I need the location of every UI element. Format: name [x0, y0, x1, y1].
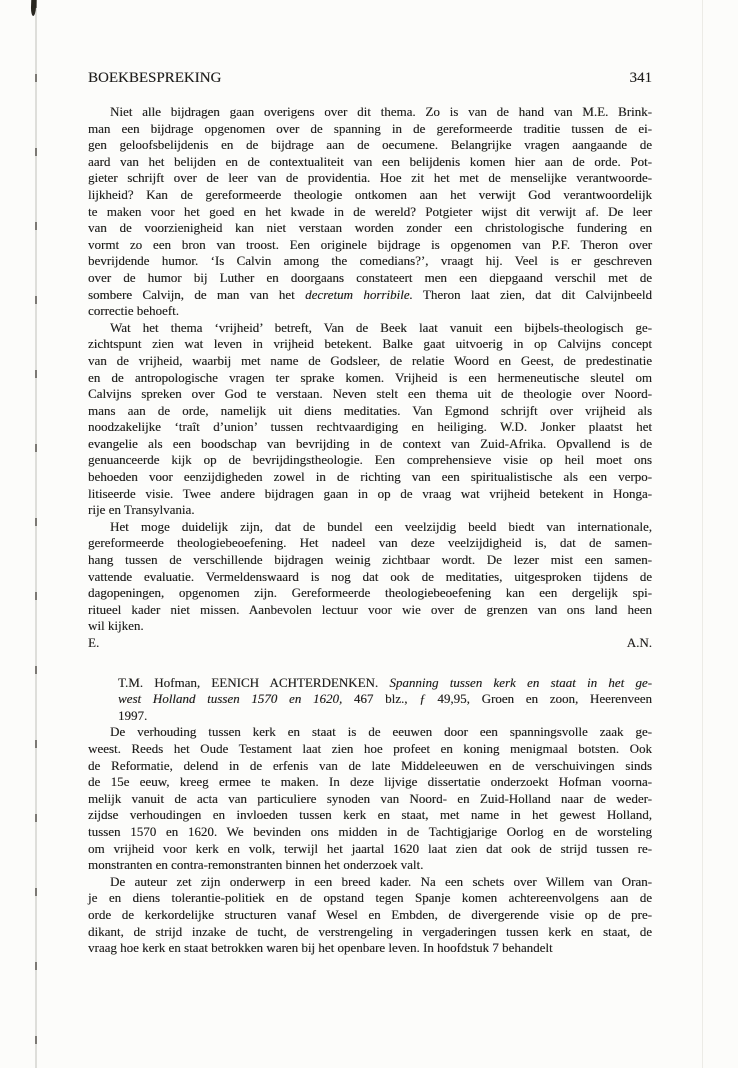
- text-line: gereformeerde theologiebeoefening. Het n…: [88, 535, 652, 552]
- text-line: 1997.: [118, 708, 652, 725]
- text-line: aard van het belijden en de contextualit…: [88, 154, 652, 171]
- text-line: De verhouding tussen kerk en staat is de…: [88, 724, 652, 741]
- text-line: Niet alle bijdragen gaan overigens over …: [88, 104, 652, 121]
- italic-text: west Holland tussen 1570 en 1620,: [118, 691, 342, 706]
- text-line: weest. Reeds het Oude Testament laat zie…: [88, 741, 652, 758]
- text-line: vraag hoe kerk en staat betrokken waren …: [88, 940, 652, 957]
- text-line: correctie behoeft.: [88, 303, 652, 320]
- italic-text: decretum horribile.: [305, 287, 413, 302]
- page-number: 341: [630, 70, 653, 87]
- text-line: over de humor bij Luther en doorgaans co…: [88, 270, 652, 287]
- text-line: tussen 1570 en 1620. We bevinden ons mid…: [88, 824, 652, 841]
- text-line: dikant, de strijd inzake de tucht, de ve…: [88, 924, 652, 941]
- text-line: noodzakelijke ‘traît d’union’ tussen rec…: [88, 419, 652, 436]
- scan-edge-line: [35, 0, 37, 1068]
- text-line: rije en Transylvania.: [88, 502, 652, 519]
- scan-right-edge-line: [702, 0, 703, 1068]
- text-line: de 15e eeuw, kreeg ermee te maken. In de…: [88, 774, 652, 791]
- text-line: lijkheid? Kan de gereformeerde theologie…: [88, 187, 652, 204]
- text-line: genuanceerde kijk op de bevrijdingstheol…: [88, 452, 652, 469]
- page-header: BOEKBESPREKING 341: [88, 70, 652, 87]
- text-line: de Reformatie, delend in de erfenis van …: [88, 758, 652, 775]
- text-line: ritueel kader niet missen. Aanbevolen le…: [88, 602, 652, 619]
- text-line: mans aan de orde, namelijk uit diens med…: [88, 403, 652, 420]
- text-line: T.M. Hofman, EENICH ACHTERDENKEN. Spanni…: [118, 675, 652, 692]
- text-line: dagopeningen, opgenomen zijn. Gereformee…: [88, 585, 652, 602]
- scanned-page: BOEKBESPREKING 341 Niet alle bijdragen g…: [0, 0, 738, 1068]
- text-line: man een bijdrage opgenomen over de spann…: [88, 121, 652, 138]
- text-line: zichtspunt zien wat leven in vrijheid be…: [88, 336, 652, 353]
- text-line: litiseerde visie. Twee andere bijdragen …: [88, 486, 652, 503]
- text-line: Calvijns spreken over God te verstaan. N…: [88, 386, 652, 403]
- text-line: Wat het thema ‘vrijheid’ betreft, Van de…: [88, 320, 652, 337]
- book-review-heading: T.M. Hofman, EENICH ACHTERDENKEN. Spanni…: [118, 675, 652, 725]
- text-line: melijk vanuit de acta van particuliere s…: [88, 791, 652, 808]
- text-line: orde de kerkordelijke structuren vanaf W…: [88, 907, 652, 924]
- text-line: je en diens tolerantie-politiek en de op…: [88, 890, 652, 907]
- paragraph: Niet alle bijdragen gaan overigens over …: [88, 104, 652, 320]
- text-line: van de voorzienigheid kan niet verstaan …: [88, 220, 652, 237]
- running-title: BOEKBESPREKING: [88, 70, 221, 87]
- text-line: evangelie als een boodschap van bevrijdi…: [88, 436, 652, 453]
- text-line: zijdse verhoudingen en invloeden tussen …: [88, 807, 652, 824]
- text-line: vormt zo een bron van troost. Een origin…: [88, 237, 652, 254]
- text-line: van de vrijheid, waarbij met name de God…: [88, 353, 652, 370]
- paragraph: Wat het thema ‘vrijheid’ betreft, Van de…: [88, 320, 652, 519]
- text-line: om vrijheid voor kerk en volk, terwijl h…: [88, 841, 652, 858]
- text-line: monstranten en contra-remonstranten binn…: [88, 857, 652, 874]
- text-line: Het moge duidelijk zijn, dat de bundel e…: [88, 519, 652, 536]
- text-line: bevrijdende humor. ‘Is Calvin among the …: [88, 253, 652, 270]
- page-body: Niet alle bijdragen gaan overigens over …: [88, 104, 652, 957]
- text-line: en de antropologische vragen ter sprake …: [88, 370, 652, 387]
- reviewer-initial-left: E.: [88, 635, 99, 652]
- italic-text: Spanning tussen kerk en staat in het ge-: [389, 675, 652, 690]
- paragraph: De verhouding tussen kerk en staat is de…: [88, 724, 652, 873]
- text-line: west Holland tussen 1570 en 1620, 467 bl…: [118, 691, 652, 708]
- reviewer-signature-row: E.A.N.: [88, 635, 652, 652]
- text-line: hang tussen de verschillende bijdragen w…: [88, 552, 652, 569]
- text-line: vattende evaluatie. Vermeldenswaard is n…: [88, 569, 652, 586]
- text-line: sombere Calvijn, de man van het decretum…: [88, 287, 652, 304]
- text-line: De auteur zet zijn onderwerp in een bree…: [88, 874, 652, 891]
- reviewer-initials-right: A.N.: [627, 635, 652, 652]
- paragraph: Het moge duidelijk zijn, dat de bundel e…: [88, 519, 652, 635]
- text-line: behoeden voor eenzijdigheden zowel in de…: [88, 469, 652, 486]
- italic-text: ƒ: [419, 691, 426, 706]
- text-line: gen geloofsbelijdenis en de bijdrage aan…: [88, 137, 652, 154]
- text-line: gieter schrijft over de leer van de prov…: [88, 170, 652, 187]
- text-line: wil kijken.: [88, 618, 652, 635]
- paragraph: De auteur zet zijn onderwerp in een bree…: [88, 874, 652, 957]
- text-line: te maken voor het goed en het kwade in d…: [88, 204, 652, 221]
